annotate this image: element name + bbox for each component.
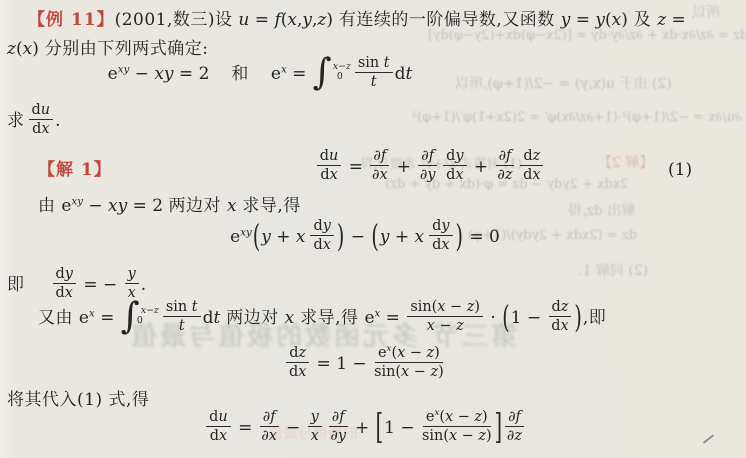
variable: xy xyxy=(108,196,127,216)
numerator: ex(x − z) xyxy=(375,345,443,363)
fraction: ∂f∂z xyxy=(505,409,524,444)
roman-text: d xyxy=(32,102,41,118)
roman-text: . xyxy=(55,111,60,131)
roman-text: = xyxy=(343,157,368,177)
variable: x xyxy=(414,227,424,247)
roman-text: − xyxy=(345,227,370,247)
power-base: e xyxy=(271,64,281,84)
numerator: dz xyxy=(520,148,543,166)
variable: y xyxy=(380,227,390,247)
numerator: ∂f xyxy=(260,409,279,427)
scan-corner-mark xyxy=(703,434,714,444)
equation-dzdx: dzdx = 1 − ex(x − z)sin(x − z) xyxy=(115,347,615,382)
roman-text: ) xyxy=(621,10,628,30)
fraction: dzdx xyxy=(520,148,543,183)
variable: ∂f xyxy=(332,409,345,425)
chinese-text: ,即 xyxy=(583,308,606,328)
denominator: x − z xyxy=(427,317,464,334)
numerator: ∂f xyxy=(370,148,389,166)
roman-text: = 2 xyxy=(127,196,168,216)
denominator: dx xyxy=(320,166,337,183)
power: ex xyxy=(426,409,439,425)
roman-text: − xyxy=(281,418,306,438)
variable: x xyxy=(437,299,445,315)
variable: x xyxy=(397,345,405,361)
roman-text: d xyxy=(446,167,455,183)
numerator: du xyxy=(317,148,342,166)
roman-text: + xyxy=(469,157,494,177)
fraction: ex(x − z)sin(x − z) xyxy=(374,345,444,380)
variable: ∂f xyxy=(263,409,276,425)
variable: z xyxy=(299,345,307,361)
fraction: dydx xyxy=(310,218,333,253)
variable: x xyxy=(287,10,297,30)
variable: y xyxy=(128,266,136,282)
roman-text: = 1 − xyxy=(311,354,372,374)
question-line: 求dudx. xyxy=(7,104,60,139)
fraction: dudx xyxy=(317,148,342,183)
denominator: dx xyxy=(313,236,330,253)
bleedthrough-fragment: (2) 同解 1. xyxy=(578,260,648,280)
roman-text: − xyxy=(405,345,426,361)
roman-text: − xyxy=(129,64,154,84)
numerator: du xyxy=(29,102,54,120)
roman-text: sin xyxy=(358,55,384,71)
variable: y xyxy=(441,218,449,234)
roman-text: 1 − xyxy=(384,418,420,438)
equation-1-tag: (1) xyxy=(668,160,692,181)
roman-text: · xyxy=(485,308,501,328)
numerator: y xyxy=(308,409,322,427)
roman-text: ) xyxy=(326,10,333,30)
roman-text: d xyxy=(313,237,322,253)
variable: x xyxy=(330,167,338,183)
roman-text: = xyxy=(233,418,258,438)
roman-text: ) xyxy=(438,364,444,380)
example-header-line: 【例 11】(2001,数三)设 u = f(x,y,z) 有连续的一阶偏导数,… xyxy=(28,10,686,31)
fraction: dzdx xyxy=(549,299,572,334)
roman-text: d xyxy=(209,409,218,425)
chinese-text: (2001,数三)设 xyxy=(115,10,239,30)
power: exy xyxy=(230,227,252,247)
variable: y xyxy=(65,266,73,282)
denominator: ∂z xyxy=(507,427,522,444)
roman-text: = xyxy=(570,10,595,30)
power-base: e xyxy=(108,64,118,84)
roman-text: ) xyxy=(474,299,480,315)
derivation-step-1: 由 exy − xy = 2 两边对 x 求导,得 xyxy=(38,196,301,217)
chinese-text: 求导,得 xyxy=(237,196,301,216)
textbook-page: 所以 dz = ∂z/∂x·dx + ∂z/∂y·dy = [(2x−φ)dx+… xyxy=(0,0,746,458)
numerator: ∂f xyxy=(496,148,515,166)
variable: x xyxy=(311,428,319,444)
power-base: e xyxy=(364,308,374,328)
example-header-text: (2001,数三)设 u = f(x,y,z) 有连续的一阶偏导数,又函数 y … xyxy=(115,10,686,30)
roman-text: d xyxy=(289,364,298,380)
variable: ∂f xyxy=(421,148,434,164)
roman-text: d xyxy=(289,345,298,361)
roman-text: + xyxy=(271,227,296,247)
roman-text: ) xyxy=(486,428,492,444)
variable: z xyxy=(533,148,541,164)
variable: x xyxy=(65,285,73,301)
numerator: du xyxy=(206,409,231,427)
denominator: dx xyxy=(32,120,49,137)
roman-text: + xyxy=(389,227,414,247)
numerator: dy xyxy=(53,266,76,284)
chinese-text: 求导,得 xyxy=(294,308,364,328)
roman-text: sin( xyxy=(374,364,401,380)
chinese-text: 两边对 xyxy=(169,196,227,216)
variable: y xyxy=(261,227,271,247)
numerator: ∂f xyxy=(418,148,437,166)
roman-text: ( xyxy=(605,10,612,30)
variable: z xyxy=(474,409,482,425)
variable: x xyxy=(401,364,409,380)
chinese-text: 又由 xyxy=(38,308,79,328)
numerator: y xyxy=(125,266,139,284)
fraction: dzdx xyxy=(286,345,309,380)
equation-1: dudx = ∂f∂x + ∂f∂ydydx + ∂f∂zdzdx xyxy=(250,150,610,185)
integral-limits: x−z0 xyxy=(141,306,159,326)
variable: x xyxy=(560,318,568,334)
fraction: ∂f∂y xyxy=(329,409,348,444)
roman-text: d xyxy=(56,285,65,301)
variable: x xyxy=(285,308,295,328)
chinese-text: 及 xyxy=(628,10,657,30)
big-paren: ) xyxy=(574,303,581,333)
variable: ∂z xyxy=(497,167,512,183)
big-paren: ( xyxy=(502,303,509,333)
numerator: dy xyxy=(429,218,452,236)
numerator: ∂f xyxy=(505,409,524,427)
denominator: dx xyxy=(432,236,449,253)
variable: x xyxy=(441,237,449,253)
fraction: ∂f∂x xyxy=(260,409,279,444)
variable: ∂f xyxy=(373,148,386,164)
fraction: yx xyxy=(308,409,322,444)
fraction: dudx xyxy=(206,409,231,444)
chinese-text: 分别由下列两式确定: xyxy=(39,39,209,59)
chinese-text: 有连续的一阶偏导数,又函数 xyxy=(333,10,561,30)
denominator: dx xyxy=(289,363,306,380)
variable: ∂y xyxy=(420,167,436,183)
denominator: ∂x xyxy=(372,166,388,183)
big-bracket: [ xyxy=(376,412,383,446)
chinese-text: 两边对 xyxy=(220,308,284,328)
roman-text: − xyxy=(83,196,108,216)
roman-text: 1 − xyxy=(511,308,547,328)
variable: y xyxy=(595,10,605,30)
power: ex xyxy=(378,345,391,361)
chinese-text: 和 xyxy=(231,64,249,84)
variable: z xyxy=(7,39,16,59)
variable: x xyxy=(23,39,33,59)
roman-text: d xyxy=(203,308,214,328)
denominator: dx xyxy=(446,166,463,183)
denominator: x xyxy=(311,427,319,444)
denominator: ∂x xyxy=(261,427,277,444)
power-exponent: xy xyxy=(71,196,83,207)
roman-text: . xyxy=(141,275,146,295)
power-base: e xyxy=(230,227,240,247)
variable: y xyxy=(561,10,571,30)
variable: ∂f xyxy=(508,409,521,425)
variable: z xyxy=(478,428,486,444)
numerator: ex(x − z) xyxy=(423,409,491,427)
denominator: dx xyxy=(551,317,568,334)
roman-text: d xyxy=(32,121,41,137)
fraction: dydx xyxy=(53,266,76,301)
defining-equations: exy − xy = 2和ex = ∫x−z0sin ttdt xyxy=(0,57,520,92)
variable: x xyxy=(455,167,463,183)
integral-upper-limit: x−z xyxy=(141,306,159,315)
variable: y xyxy=(455,148,463,164)
variable: x xyxy=(298,364,306,380)
final-equation: dudx = ∂f∂x − yx∂f∂y + [1 − ex(x − z)sin… xyxy=(65,411,665,446)
variable: z xyxy=(467,299,475,315)
power-base: e xyxy=(79,308,89,328)
denominator: t xyxy=(371,73,377,90)
denominator: sin(x − z) xyxy=(374,363,444,380)
chinese-text: 由 xyxy=(38,196,61,216)
big-paren: ) xyxy=(456,222,463,252)
roman-text: d xyxy=(552,299,561,315)
roman-text: ) xyxy=(482,409,488,425)
integral: ∫x−z0 xyxy=(121,301,159,330)
roman-text: ( xyxy=(16,39,23,59)
integral-lower-limit: 0 xyxy=(137,316,159,325)
power: ex xyxy=(364,308,380,328)
fraction: ∂f∂y xyxy=(418,148,437,183)
roman-text: d xyxy=(320,167,329,183)
roman-text: d xyxy=(395,64,406,84)
roman-text: = xyxy=(287,64,312,84)
fraction: ex(x − z)sin(x − z) xyxy=(422,409,492,444)
bleedthrough-fragment: 所以 xyxy=(692,2,720,22)
variable: z xyxy=(427,345,435,361)
roman-text: sin( xyxy=(410,299,437,315)
variable: z xyxy=(456,318,464,334)
big-paren: ( xyxy=(253,222,260,252)
roman-text: d xyxy=(56,266,65,282)
denominator: ∂y xyxy=(420,166,436,183)
variable: u xyxy=(329,148,338,164)
variable: x xyxy=(323,237,331,253)
integral-limits: x−z0 xyxy=(333,62,351,82)
variable: y xyxy=(302,10,312,30)
roman-text: = 0 xyxy=(464,227,500,247)
variable: x xyxy=(532,167,540,183)
example-label: 【例 11】 xyxy=(28,10,115,30)
solution-label: 【解 1】 xyxy=(38,160,112,181)
numerator: dy xyxy=(443,148,466,166)
variable: z xyxy=(561,299,569,315)
fraction: sin tt xyxy=(163,299,201,334)
variable: ∂x xyxy=(261,428,277,444)
numerator: sin t xyxy=(355,55,393,73)
fraction: dydx xyxy=(443,148,466,183)
numerator: dy xyxy=(310,218,333,236)
power-exponent: xy xyxy=(118,65,130,76)
variable: x xyxy=(219,428,227,444)
variable: ∂y xyxy=(330,428,346,444)
variable: x xyxy=(612,10,622,30)
variable: t xyxy=(371,74,377,90)
derivation-step-2: 又由 ex = ∫x−z0sin ttdt 两边对 x 求导,得 ex = si… xyxy=(38,301,606,336)
variable: xy xyxy=(154,64,173,84)
roman-text: d xyxy=(313,218,322,234)
denominator: sin(x − z) xyxy=(422,427,492,444)
roman-text: − xyxy=(453,409,474,425)
roman-text: d xyxy=(432,218,441,234)
big-bracket: ] xyxy=(495,412,502,446)
roman-text: − xyxy=(457,428,478,444)
roman-text: d xyxy=(210,428,219,444)
variable: t xyxy=(179,318,185,334)
chinese-text: 求 xyxy=(7,111,25,131)
integral-upper-limit: x−z xyxy=(333,62,351,71)
roman-text: d xyxy=(320,148,329,164)
roman-text: sin( xyxy=(422,428,449,444)
chinese-text: 将其代入(1) 式,得 xyxy=(7,390,149,410)
roman-text: d xyxy=(551,318,560,334)
power: ex xyxy=(79,308,95,328)
roman-text: d xyxy=(446,148,455,164)
equation-exy-derivative: exy(y + xdydx) − (y + xdydx) = 0 xyxy=(115,220,615,255)
denominator: dx xyxy=(56,284,73,301)
bleedthrough-fragment: 解出 dz,得 xyxy=(568,200,635,220)
power-exponent: xy xyxy=(240,228,252,239)
variable: t xyxy=(192,299,198,315)
fraction: ∂f∂x xyxy=(370,148,389,183)
big-paren: ) xyxy=(337,222,344,252)
roman-text: − xyxy=(435,318,456,334)
roman-text: d xyxy=(523,148,532,164)
numerator: dz xyxy=(286,345,309,363)
power: exy xyxy=(61,196,83,216)
numerator: sin t xyxy=(163,299,201,317)
fraction: dydx xyxy=(429,218,452,253)
roman-text: ) xyxy=(434,345,440,361)
bleedthrough-fragment: ∂u/∂x = −2/(1+φ)²·(1+∂z/∂x)φ′ = 2(2x+1)φ… xyxy=(412,110,742,125)
substitution-line: 将其代入(1) 式,得 xyxy=(7,390,149,411)
variable: y xyxy=(311,409,319,425)
variable: z xyxy=(430,364,438,380)
variable: x xyxy=(445,409,453,425)
denominator: dx xyxy=(523,166,540,183)
power-base: e xyxy=(61,196,71,216)
integral-lower-limit: 0 xyxy=(329,72,351,81)
roman-text: = xyxy=(666,10,686,30)
fraction: dudx xyxy=(29,102,54,137)
fraction: sin(x − z)x − z xyxy=(407,299,483,334)
power: ex xyxy=(271,64,287,84)
roman-text: + xyxy=(391,157,416,177)
variable: x xyxy=(41,121,49,137)
variable: u xyxy=(238,10,249,30)
big-paren: ( xyxy=(371,222,378,252)
roman-text: = xyxy=(249,10,274,30)
variable: ∂x xyxy=(372,167,388,183)
variable: x xyxy=(449,428,457,444)
variable: u xyxy=(41,102,50,118)
roman-text: − xyxy=(445,299,466,315)
roman-text: = xyxy=(380,308,405,328)
roman-text: d xyxy=(432,237,441,253)
variable: x xyxy=(296,227,306,247)
variable: ∂f xyxy=(499,148,512,164)
variable: ∂z xyxy=(507,428,522,444)
power: exy xyxy=(108,64,130,84)
numerator: ∂f xyxy=(329,409,348,427)
denominator: dx xyxy=(210,427,227,444)
numerator: dz xyxy=(549,299,572,317)
roman-text: d xyxy=(523,167,532,183)
numerator: sin(x − z) xyxy=(407,299,483,317)
variable: u xyxy=(218,409,227,425)
roman-text: + xyxy=(350,418,375,438)
roman-text: ) xyxy=(32,39,39,59)
chinese-text: 即 xyxy=(7,275,25,295)
roman-text: = 2 xyxy=(174,64,210,84)
roman-text: = xyxy=(95,308,120,328)
roman-text: sin xyxy=(166,299,192,315)
denominator: t xyxy=(179,317,185,334)
variable: z xyxy=(317,10,326,30)
denominator: ∂z xyxy=(497,166,512,183)
variable: t xyxy=(384,55,390,71)
variable: y xyxy=(323,218,331,234)
fraction: ∂f∂z xyxy=(496,148,515,183)
variable: x xyxy=(227,196,237,216)
roman-text: = − xyxy=(78,275,123,295)
integral: ∫x−z0 xyxy=(313,57,351,86)
denominator: ∂y xyxy=(330,427,346,444)
variable: t xyxy=(405,64,412,84)
variable: z xyxy=(657,10,666,30)
fraction: sin tt xyxy=(355,55,393,90)
roman-text: − xyxy=(409,364,430,380)
